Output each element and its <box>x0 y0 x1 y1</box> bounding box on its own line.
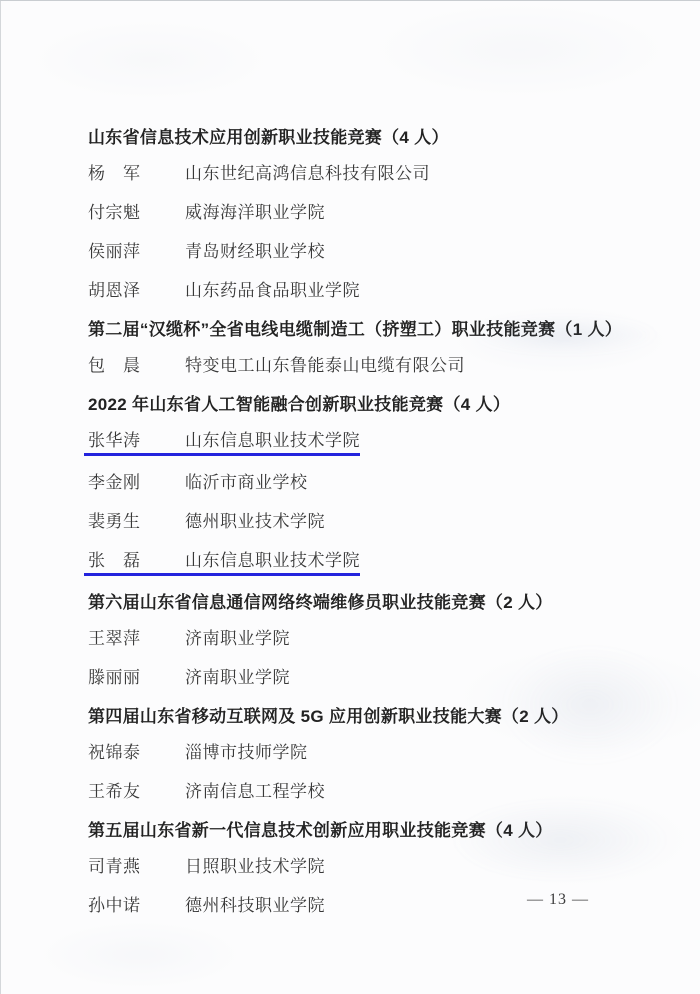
winner-row: 胡恩泽山东药品食品职业学院 <box>88 281 660 303</box>
competition-heading: 第五届山东省新一代信息技术创新应用职业技能竞赛（4 人） <box>88 821 660 840</box>
winner-name: 张华涛 <box>88 431 185 450</box>
winner-name: 滕丽丽 <box>88 668 185 687</box>
winner-organization: 济南职业学院 <box>185 629 290 648</box>
competition-heading: 第二届“汉缆杯”全省电线电缆制造工（挤塑工）职业技能竞赛（1 人） <box>88 320 660 339</box>
winner-row: 李金刚临沂市商业学校 <box>88 473 660 495</box>
winner-entry: 李金刚临沂市商业学校 <box>88 473 308 495</box>
competition-heading: 第六届山东省信息通信网络终端维修员职业技能竞赛（2 人） <box>88 593 660 612</box>
winner-entry: 滕丽丽济南职业学院 <box>88 668 290 690</box>
winner-row: 王翠萍济南职业学院 <box>88 629 660 651</box>
winner-name: 胡恩泽 <box>88 281 185 300</box>
winner-name: 侯丽萍 <box>88 242 185 261</box>
winner-entry: 王翠萍济南职业学院 <box>88 629 290 651</box>
competition-heading: 第四届山东省移动互联网及 5G 应用创新职业技能大赛（2 人） <box>88 707 660 726</box>
winner-organization: 青岛财经职业学校 <box>185 242 325 261</box>
winner-organization: 临沂市商业学校 <box>185 473 308 492</box>
page-number: — 13 — <box>527 891 589 909</box>
winner-row: 祝锦泰淄博市技师学院 <box>88 743 660 765</box>
winner-entry: 裴勇生德州职业技术学院 <box>88 512 325 534</box>
winner-row: 张华涛山东信息职业技术学院 <box>88 431 660 456</box>
winner-entry: 孙中诺德州科技职业学院 <box>88 896 325 918</box>
winner-organization: 山东药品食品职业学院 <box>185 281 360 300</box>
winner-row: 包 晨特变电工山东鲁能泰山电缆有限公司 <box>88 356 660 378</box>
winner-organization: 山东信息职业技术学院 <box>185 431 360 450</box>
winner-organization: 威海海洋职业学院 <box>185 203 325 222</box>
competition-heading: 山东省信息技术应用创新职业技能竞赛（4 人） <box>88 128 660 147</box>
winner-organization: 济南信息工程学校 <box>185 782 325 801</box>
winner-row: 付宗魁威海海洋职业学院 <box>88 203 660 225</box>
winner-name: 王希友 <box>88 782 185 801</box>
winner-entry: 杨 军山东世纪高鸿信息科技有限公司 <box>88 164 430 186</box>
competition-heading: 2022 年山东省人工智能融合创新职业技能竞赛（4 人） <box>88 395 660 414</box>
winner-name: 张 磊 <box>88 551 185 570</box>
winner-name: 王翠萍 <box>88 629 185 648</box>
winner-organization: 淄博市技师学院 <box>185 743 308 762</box>
document-content: 山东省信息技术应用创新职业技能竞赛（4 人） 杨 军山东世纪高鸿信息科技有限公司… <box>0 0 700 918</box>
winner-row: 杨 军山东世纪高鸿信息科技有限公司 <box>88 164 660 186</box>
winner-row: 滕丽丽济南职业学院 <box>88 668 660 690</box>
winner-name: 司青燕 <box>88 857 185 876</box>
winner-entry: 司青燕日照职业技术学院 <box>88 857 325 879</box>
winner-organization: 济南职业学院 <box>185 668 290 687</box>
winner-name: 裴勇生 <box>88 512 185 531</box>
winner-organization: 山东信息职业技术学院 <box>185 551 360 570</box>
winner-row: 侯丽萍青岛财经职业学校 <box>88 242 660 264</box>
winner-name: 包 晨 <box>88 356 185 375</box>
winner-name: 祝锦泰 <box>88 743 185 762</box>
winner-entry-highlighted: 张 磊山东信息职业技术学院 <box>84 551 360 576</box>
winner-organization: 德州职业技术学院 <box>185 512 325 531</box>
winner-entry: 胡恩泽山东药品食品职业学院 <box>88 281 360 303</box>
winner-organization: 日照职业技术学院 <box>185 857 325 876</box>
winner-organization: 山东世纪高鸿信息科技有限公司 <box>185 164 430 183</box>
winner-entry: 侯丽萍青岛财经职业学校 <box>88 242 325 264</box>
winner-entry: 付宗魁威海海洋职业学院 <box>88 203 325 225</box>
document-page: { "page": { "number_label": "— 13 —" }, … <box>0 0 700 994</box>
winner-organization: 德州科技职业学院 <box>185 896 325 915</box>
winner-row: 司青燕日照职业技术学院 <box>88 857 660 879</box>
winner-entry: 祝锦泰淄博市技师学院 <box>88 743 308 765</box>
winner-entry-highlighted: 张华涛山东信息职业技术学院 <box>84 431 360 456</box>
winner-row: 裴勇生德州职业技术学院 <box>88 512 660 534</box>
winner-row: 张 磊山东信息职业技术学院 <box>88 551 660 576</box>
winner-name: 付宗魁 <box>88 203 185 222</box>
winner-entry: 王希友济南信息工程学校 <box>88 782 325 804</box>
winner-name: 孙中诺 <box>88 896 185 915</box>
winner-name: 杨 军 <box>88 164 185 183</box>
winner-row: 王希友济南信息工程学校 <box>88 782 660 804</box>
winner-name: 李金刚 <box>88 473 185 492</box>
winner-organization: 特变电工山东鲁能泰山电缆有限公司 <box>185 356 465 375</box>
winner-entry: 包 晨特变电工山东鲁能泰山电缆有限公司 <box>88 356 465 378</box>
